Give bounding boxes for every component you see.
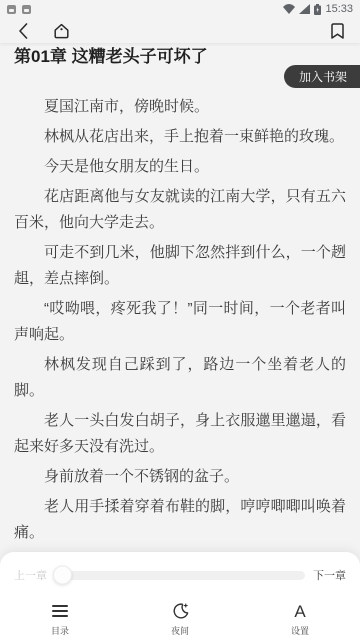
status-indicators: 15:33: [283, 3, 353, 15]
paragraph: 老人一头白发白胡子，身上衣服邋里邋遢，看起来好多天没有洗过。: [14, 408, 346, 460]
bookmark-icon[interactable]: [326, 20, 348, 42]
app-bar: [0, 18, 360, 43]
paragraph: 今天是他女朋友的生日。: [14, 154, 346, 180]
chapter-content[interactable]: 夏国江南市，傍晚时候。 林枫从花店出来，手上抱着一束鲜艳的玫瑰。 今天是他女朋友…: [0, 92, 360, 552]
notification-app-icon: [22, 5, 31, 14]
menu-icon: [52, 602, 68, 621]
cellular-signal-icon: [299, 4, 310, 14]
battery-charging-icon: [314, 4, 321, 15]
nav-label: 夜间: [171, 624, 189, 637]
paragraph: 花店距离他与女友就读的江南大学，只有五六百米，他向大学走去。: [14, 184, 346, 236]
prev-chapter-button[interactable]: 上一章: [14, 567, 47, 583]
nav-label: 目录: [51, 624, 69, 637]
paragraph: 夏国江南市，傍晚时候。: [14, 94, 346, 120]
back-icon[interactable]: [12, 20, 34, 42]
paragraph: 老人用手揉着穿着布鞋的脚，哼哼唧唧叫唤着痛。: [14, 494, 346, 546]
bottom-panel: 上一章 下一章 目录 夜间: [0, 552, 360, 640]
nav-item-catalog[interactable]: 目录: [0, 594, 120, 640]
home-icon[interactable]: [50, 20, 72, 42]
font-settings-icon: A: [294, 602, 305, 621]
slider-thumb[interactable]: [53, 566, 72, 585]
next-chapter-button[interactable]: 下一章: [313, 567, 346, 583]
add-to-shelf-button[interactable]: 加入书架: [284, 65, 360, 88]
clock-time: 15:33: [325, 3, 353, 15]
reader-screen: 15:33 第01章 这糟老头子可坏了 加入书架 夏国江南市，傍晚时候。 林枫从…: [0, 0, 360, 640]
chapter-slider-row: 上一章 下一章: [0, 552, 360, 592]
nav-item-settings[interactable]: A 设置: [240, 594, 360, 640]
bottom-nav: 目录 夜间 A 设置: [0, 594, 360, 640]
paragraph: 林枫从花店出来，手上抱着一束鲜艳的玫瑰。: [14, 124, 346, 150]
progress-slider[interactable]: [55, 571, 305, 580]
nav-item-night-mode[interactable]: 夜间: [120, 594, 240, 640]
paragraph: 可走不到几米，他脚下忽然拌到什么，一个趔趄，差点摔倒。: [14, 240, 346, 292]
paragraph: 身前放着一个不锈钢的盆子。: [14, 464, 346, 490]
moon-icon: [171, 602, 190, 621]
notification-app-icon: [7, 5, 16, 14]
status-bar: 15:33: [0, 0, 360, 18]
paragraph: 林枫发现自己踩到了，路边一个坐着老人的脚。: [14, 352, 346, 404]
paragraph: “哎呦喂，疼死我了！”同一时间，一个老者叫声响起。: [14, 296, 346, 348]
notification-icons: [7, 5, 31, 14]
wifi-icon: [283, 4, 295, 14]
chapter-title: 第01章 这糟老头子可坏了: [14, 42, 346, 67]
nav-label: 设置: [291, 624, 309, 637]
